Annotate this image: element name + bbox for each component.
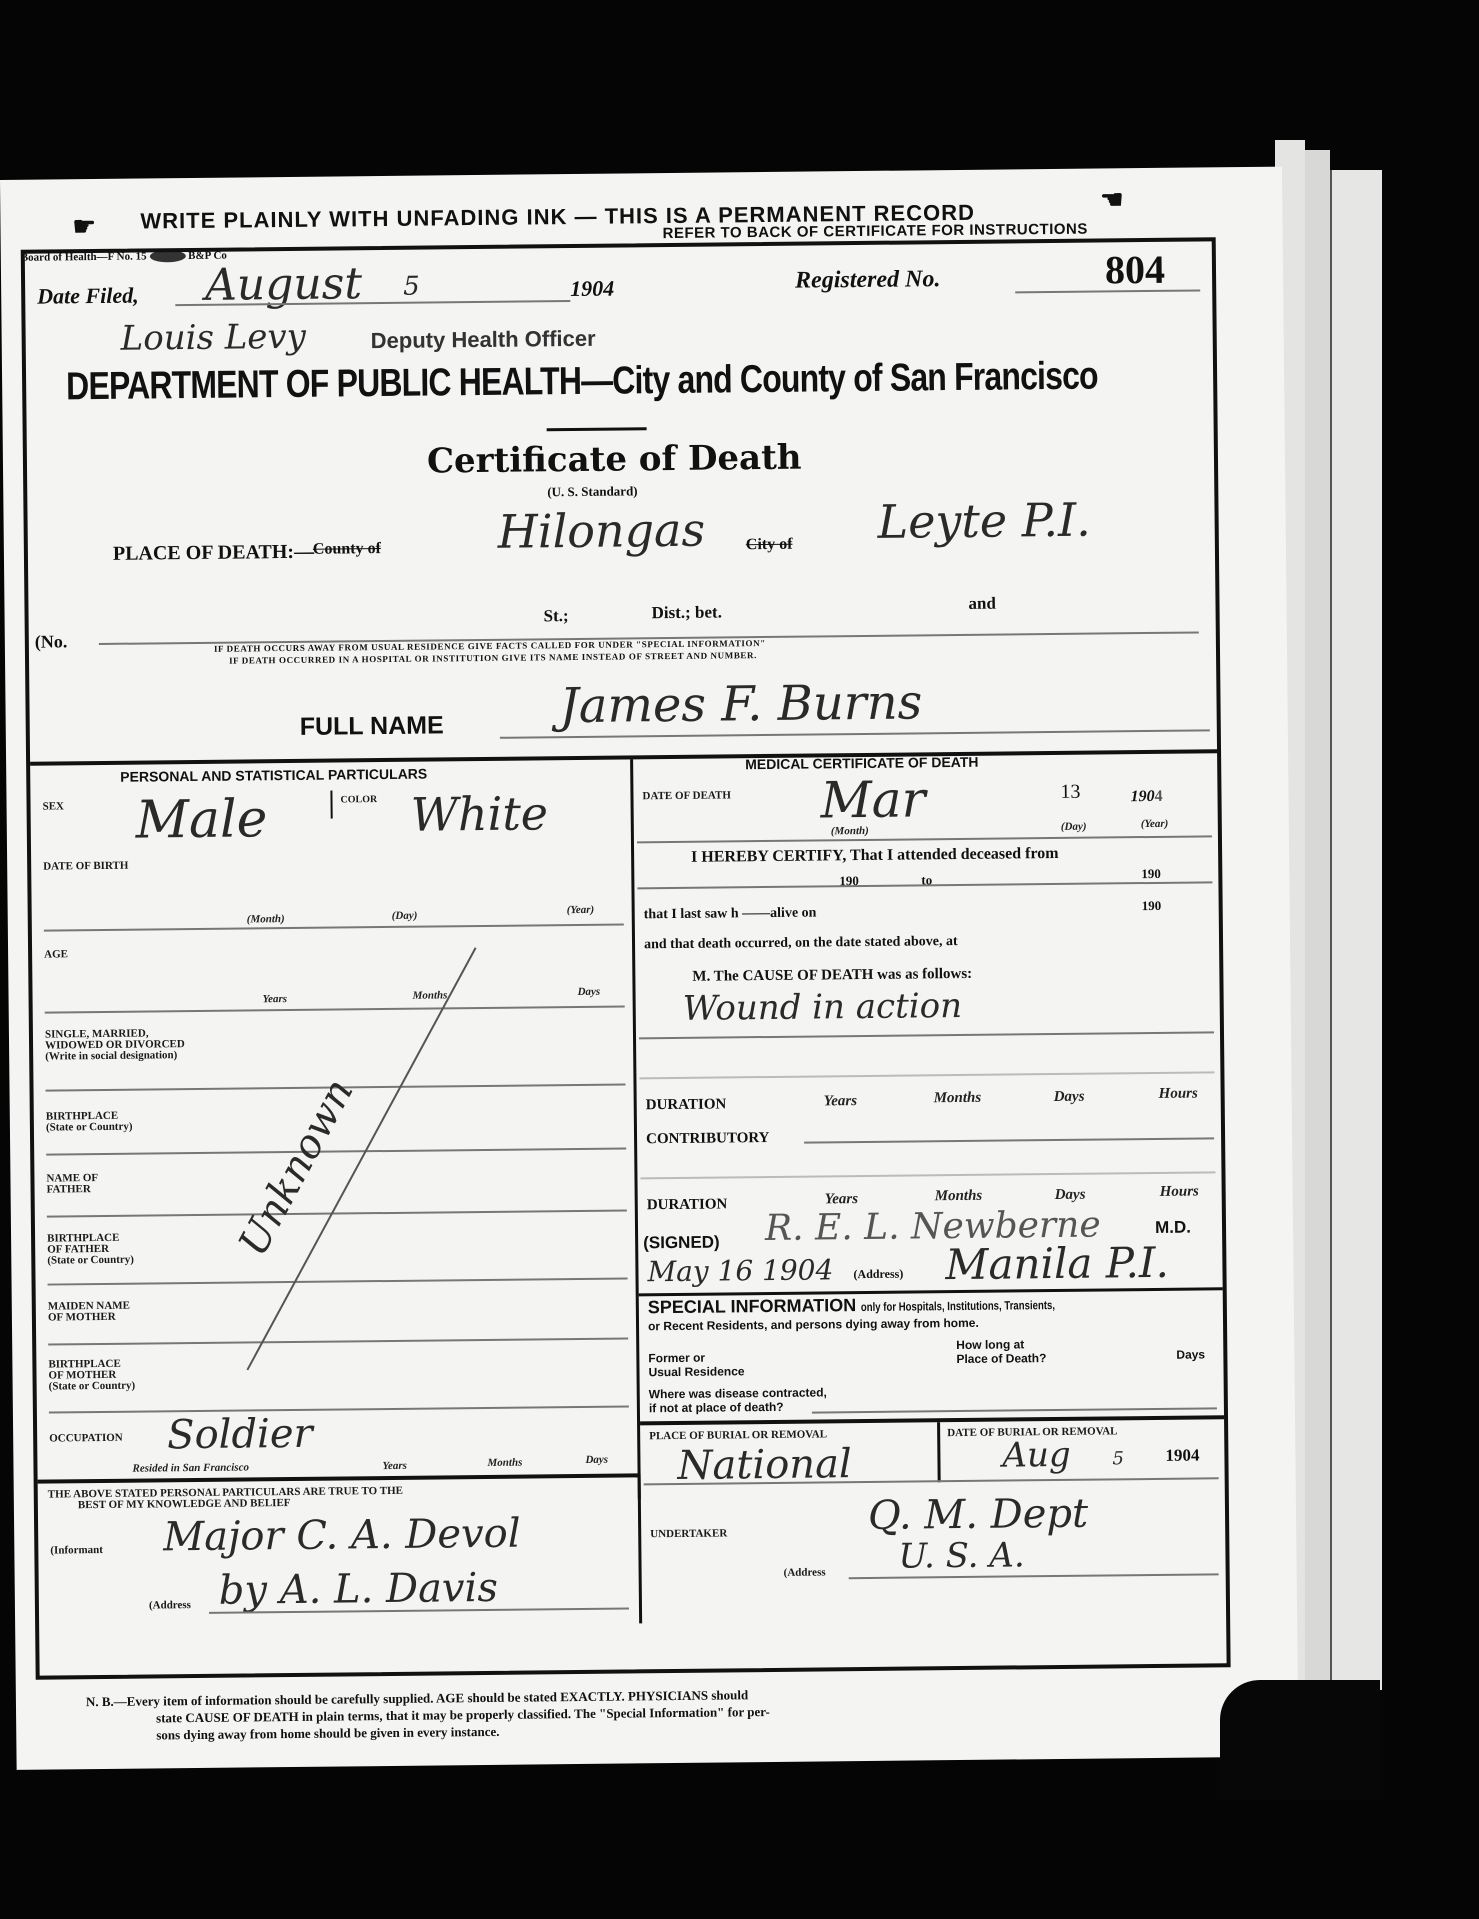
sex-color-divider	[330, 791, 332, 819]
burial-place-label: PLACE OF BURIAL OR REMOVAL	[649, 1429, 827, 1442]
registered-number: 804	[1105, 246, 1165, 294]
cause-line-2	[639, 1071, 1214, 1079]
title-divider	[547, 427, 647, 431]
occupation-divider	[38, 1473, 638, 1483]
certificate-title: Certificate of Death	[427, 438, 802, 482]
physician-address-label: (Address)	[853, 1267, 903, 1283]
mother-birthplace-line	[49, 1405, 629, 1413]
contracted-line	[812, 1407, 1217, 1413]
undertaker-address-label: (Address	[784, 1567, 826, 1578]
certificate-form: Date Filed, August 5 1904 Registered No.…	[21, 237, 1231, 1679]
county-value: Hilongas	[497, 503, 705, 559]
birthplace-label: BIRTHPLACE (State or Country)	[46, 1111, 133, 1134]
officer-signature: Louis Levy	[120, 317, 306, 359]
full-name-label: FULL NAME	[300, 711, 444, 742]
date-filed-day: 5	[403, 272, 420, 302]
registered-label: Registered No.	[795, 266, 941, 295]
attest-text: THE ABOVE STATED PERSONAL PARTICULARS AR…	[48, 1486, 403, 1512]
informant-value: Major C. A. Devol	[163, 1511, 521, 1561]
undertaker-value: Q. M. Dept	[868, 1491, 1089, 1539]
contributory-label: CONTRIBUTORY	[646, 1130, 770, 1148]
medical-heading: MEDICAL CERTIFICATE OF DEATH	[745, 754, 978, 772]
officer-title: Deputy Health Officer	[371, 326, 596, 354]
father-line	[47, 1209, 627, 1217]
physician-address: Manila P.I.	[945, 1238, 1169, 1289]
signed-date: May 16 1904	[647, 1253, 833, 1288]
father-name-label: NAME OF FATHER	[46, 1173, 98, 1196]
burial-lower-column-divider	[638, 1473, 643, 1623]
duration-hours-1: Hours	[1159, 1086, 1198, 1103]
footer-note: N. B.—Every item of information should b…	[86, 1686, 770, 1744]
date-filed-label: Date Filed,	[37, 283, 139, 310]
contributory-line-2	[640, 1171, 1215, 1179]
duration-label-2: DURATION	[647, 1196, 728, 1214]
dod-day-label: (Day)	[1061, 821, 1087, 833]
special-heading-note: only for Hospitals, Institutions, Transi…	[861, 1298, 1055, 1314]
certificate-page: ☛ WRITE PLAINLY WITH UNFADING INK — THIS…	[0, 167, 1299, 1770]
duration-hours-2: Hours	[1160, 1184, 1199, 1201]
burial-divider	[937, 1422, 941, 1482]
cause-value: Wound in action	[683, 986, 963, 1029]
mother-label-line-2: OF MOTHER	[48, 1312, 130, 1324]
former-label-2: Usual Residence	[648, 1364, 744, 1379]
undertaker-address: U. S. A.	[898, 1535, 1025, 1576]
how-long-days: Days	[1176, 1347, 1205, 1361]
informant-address-label: (Address	[149, 1600, 191, 1611]
contracted-2: if not at place of death?	[649, 1399, 827, 1415]
contributory-line	[804, 1137, 1214, 1143]
last-saw-year: 190	[1142, 898, 1162, 914]
resided-label: Resided in San Francisco	[132, 1461, 249, 1474]
age-days-label: Days	[577, 986, 600, 998]
mother-birthplace-label: BIRTHPLACE OF MOTHER (State or Country)	[48, 1359, 135, 1393]
dod-line	[637, 835, 1212, 843]
marital-label-line-3: (Write in social designation)	[45, 1050, 185, 1062]
burial-date-year: 1904	[1165, 1446, 1199, 1466]
cause-line-1	[639, 1031, 1214, 1039]
unknown-annotation: Unknown	[230, 1071, 363, 1263]
mother-line	[48, 1337, 628, 1345]
special-heading-note-2: or Recent Residents, and persons dying a…	[648, 1316, 979, 1333]
former-label-1: Former or	[648, 1350, 744, 1365]
undertaker-label: UNDERTAKER	[650, 1528, 727, 1540]
age-years-label: Years	[263, 993, 288, 1005]
birthplace-line	[46, 1147, 626, 1155]
department-title: DEPARTMENT OF PUBLIC HEALTH—City and Cou…	[66, 355, 1098, 410]
duration-label-1: DURATION	[646, 1096, 727, 1114]
how-long-2: Place of Death?	[956, 1351, 1046, 1366]
duration-years-2: Years	[825, 1191, 859, 1208]
dob-year-label: (Year)	[567, 904, 595, 916]
duration-days-2: Days	[1055, 1187, 1086, 1204]
page-edge-3	[1330, 170, 1382, 1690]
burial-date-day: 5	[1112, 1448, 1124, 1469]
dod-year-suffix: 4	[1154, 788, 1162, 805]
sex-label: SEX	[43, 801, 65, 812]
attended-to: to	[921, 872, 932, 888]
alive-on-label: alive on	[770, 905, 816, 920]
dod-year: 1904	[1130, 788, 1162, 806]
mother-bp-line-3: (State or Country)	[49, 1381, 136, 1393]
resided-years-label: Years	[382, 1460, 407, 1472]
dod-day: 13	[1060, 781, 1080, 804]
place-of-death-label: PLACE OF DEATH:—	[113, 541, 314, 566]
district-label: Dist.; bet.	[651, 602, 722, 623]
dob-label: DATE OF BIRTH	[43, 861, 128, 873]
signed-label: (SIGNED)	[643, 1233, 720, 1254]
dob-month-label: (Month)	[247, 913, 285, 925]
attest-line-2: BEST OF MY KNOWLEDGE AND BELIEF	[48, 1497, 403, 1512]
duration-years-1: Years	[824, 1093, 858, 1110]
color-value: White	[410, 786, 548, 841]
street-label: St.;	[543, 606, 568, 626]
father-birthplace-label: BIRTHPLACE OF FATHER (State or Country)	[47, 1233, 134, 1267]
father-birthplace-line	[48, 1277, 628, 1285]
duration-months-1: Months	[934, 1090, 982, 1107]
full-name-value: James F. Burns	[559, 674, 922, 734]
duration-months-2: Months	[935, 1188, 983, 1205]
dod-year-prefix: 190	[1130, 788, 1154, 805]
age-line	[45, 1006, 625, 1014]
certify-text: I HEREBY CERTIFY, That I attended deceas…	[691, 845, 1059, 867]
death-occurred-text: and that death occurred, on the date sta…	[644, 934, 958, 953]
name-divider	[30, 749, 1217, 765]
occupation-value: Soldier	[167, 1411, 313, 1459]
and-label: and	[968, 594, 996, 614]
special-heading-title: SPECIAL INFORMATION	[648, 1295, 857, 1317]
page-corner-shadow	[1220, 1680, 1380, 1800]
street-no-label: (No.	[35, 631, 68, 652]
county-label: County of	[313, 540, 381, 559]
dod-year-label: (Year)	[1141, 818, 1169, 830]
contracted-label: Where was disease contracted,if not at p…	[649, 1385, 827, 1415]
mother-name-label: MAIDEN NAME OF MOTHER	[48, 1301, 130, 1324]
sex-value: Male	[135, 789, 267, 850]
pointing-hand-icon-right: ☛	[1100, 184, 1124, 215]
resided-months-label: Months	[487, 1457, 522, 1469]
personal-heading: PERSONAL AND STATISTICAL PARTICULARS	[120, 766, 427, 785]
dob-day-label: (Day)	[392, 910, 418, 922]
informant-address: by A. L. Davis	[219, 1565, 499, 1614]
father-bp-line-3: (State or Country)	[47, 1255, 134, 1267]
father-label-line-2: FATHER	[47, 1184, 99, 1196]
standard-label: (U. S. Standard)	[547, 483, 637, 500]
pointing-hand-icon: ☛	[72, 211, 96, 242]
duration-days-1: Days	[1054, 1089, 1085, 1106]
last-saw-text: that I last saw h ——alive on	[644, 905, 817, 923]
date-filed-year: 1904	[570, 276, 614, 302]
age-label: AGE	[44, 949, 68, 960]
city-label: City of	[746, 536, 793, 554]
birthplace-label-line-2: (State or Country)	[46, 1122, 133, 1134]
how-long-label: How long atPlace of Death?	[956, 1337, 1046, 1366]
dod-month: Mar	[820, 770, 926, 829]
md-label: M.D.	[1155, 1218, 1191, 1238]
city-value: Leyte P.I.	[877, 493, 1091, 549]
contracted-1: Where was disease contracted,	[649, 1385, 827, 1401]
marital-label: SINGLE, MARRIED, WIDOWED OR DIVORCED (Wr…	[45, 1028, 185, 1062]
age-months-label: Months	[413, 989, 448, 1001]
special-heading: SPECIAL INFORMATION only for Hospitals, …	[648, 1293, 1104, 1319]
how-long-1: How long at	[956, 1337, 1046, 1352]
burial-top-divider	[640, 1415, 1224, 1425]
color-label: COLOR	[340, 794, 377, 805]
dod-label: DATE OF DEATH	[642, 790, 731, 802]
former-residence-label: Former orUsual Residence	[648, 1350, 744, 1379]
last-saw-label: that I last saw h	[644, 906, 739, 922]
dob-line	[44, 924, 624, 932]
dod-month-label: (Month)	[831, 825, 869, 837]
page-edge-2	[1305, 150, 1330, 1750]
informant-label: (Informant	[50, 1545, 103, 1557]
attended-to-year: 190	[1141, 866, 1161, 882]
attended-from-year: 190	[839, 873, 859, 889]
column-divider	[630, 759, 641, 1499]
burial-date-month: Aug	[1002, 1435, 1071, 1476]
occupation-label: OCCUPATION	[49, 1433, 123, 1445]
resided-days-label: Days	[585, 1454, 608, 1466]
cause-label: M. The CAUSE OF DEATH was as follows:	[692, 966, 972, 986]
